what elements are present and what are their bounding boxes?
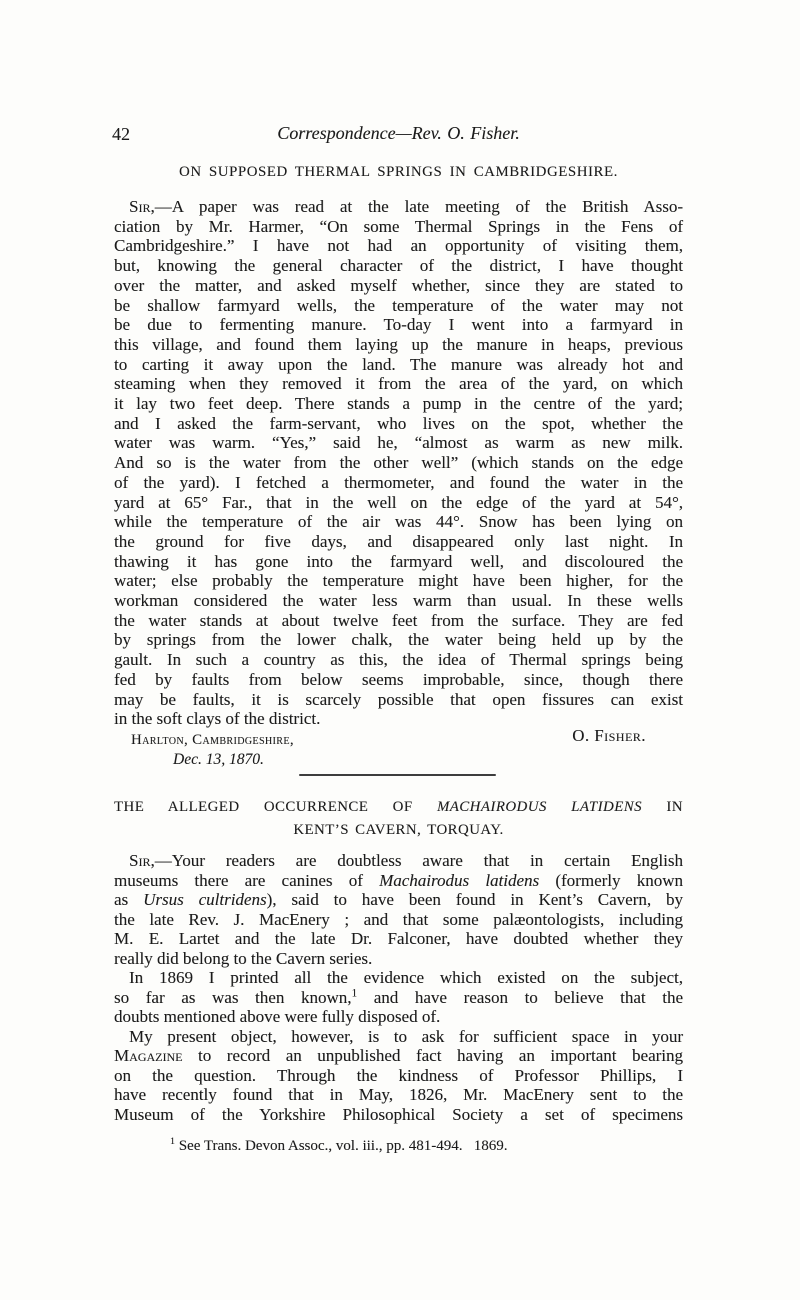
text-line: gault. In such a country as this, the id… [114, 650, 683, 670]
text-segment: MACHAIRODUS LATIDENS [437, 799, 642, 815]
letter1-heading: ON SUPPOSED THERMAL SPRINGS IN CAMBRIDGE… [114, 164, 683, 181]
signature-date: Dec. 13, 1870. [173, 751, 264, 769]
text-line: ciation by Mr. Harmer, “On some Thermal … [114, 217, 683, 237]
text-line: as Ursus cultridens), said to have been … [114, 890, 683, 910]
text-segment: so far as was then known, [114, 988, 351, 1007]
text-line: on the question. Through the kindness of… [114, 1066, 683, 1086]
text-line: the late Rev. J. MacEnery ; and that som… [114, 910, 683, 930]
text-line: M. E. Lartet and the late Dr. Falconer, … [114, 929, 683, 949]
letter2-heading-line2: KENT’S CAVERN, TORQUAY. [114, 819, 683, 842]
text-line: water was warm. “Yes,” said he, “almost … [114, 433, 683, 453]
text-line: yard at 65° Far., that in the well on th… [114, 493, 683, 513]
text-line: fed by faults from below seems improbabl… [114, 670, 683, 690]
text-line: it lay two feet deep. There stands a pum… [114, 394, 683, 414]
text-segment: to record an unpublished fact having an … [182, 1046, 683, 1065]
text-line: Cambridgeshire.” I have not had an oppor… [114, 236, 683, 256]
text-line: And so is the water from the other well”… [114, 453, 683, 473]
text-segment: Sir [129, 197, 150, 216]
text-line: Sir,—A paper was read at the late meetin… [114, 197, 683, 217]
text-segment: and have reason to believe that the [357, 988, 683, 1007]
text-line: while the temperature of the air was 44°… [114, 512, 683, 532]
text-line: Museum of the Yorkshire Philosophical So… [114, 1105, 683, 1125]
text-segment: Magazine [114, 1046, 182, 1065]
text-line: museums there are canines of Machairodus… [114, 871, 683, 891]
text-line: water; else probably the temperature mig… [114, 571, 683, 591]
text-line: but, knowing the general character of th… [114, 256, 683, 276]
scanned-page: 42 Correspondence—Rev. O. Fisher. ON SUP… [0, 0, 800, 1300]
text-segment: Ursus cultridens [143, 890, 267, 909]
letter2-body: Sir,—Your readers are doubtless aware th… [114, 851, 683, 1124]
letter1-body: Sir,—A paper was read at the late meetin… [114, 197, 683, 729]
text-line: really did belong to the Cavern series. [114, 949, 683, 969]
text-line: be due to fermenting manure. To-day I we… [114, 315, 683, 335]
text-line: this village, and found them laying up t… [114, 335, 683, 355]
text-line: and I asked the farm-servant, who lives … [114, 414, 683, 434]
text-segment: as [114, 890, 143, 909]
text-segment: IN [642, 799, 683, 815]
text-segment: museums there are canines of [114, 871, 379, 890]
text-line: In 1869 I printed all the evidence which… [114, 968, 683, 988]
signature-name: O. Fisher. [400, 726, 646, 746]
text-line: the water stands at about twelve feet fr… [114, 611, 683, 631]
footnote: 1 See Trans. Devon Assoc., vol. iii., pp… [170, 1138, 507, 1155]
text-line: by springs from the lower chalk, the wat… [114, 630, 683, 650]
text-line: doubts mentioned above were fully dispos… [114, 1007, 683, 1027]
text-line: have recently found that in May, 1826, M… [114, 1085, 683, 1105]
text-line: so far as was then known,1 and have reas… [114, 988, 683, 1008]
text-line: the ground for five days, and disappeare… [114, 532, 683, 552]
section-divider-rule [299, 774, 496, 776]
text-line: Magazine to record an unpublished fact h… [114, 1046, 683, 1066]
text-line: of the yard). I fetched a thermometer, a… [114, 473, 683, 493]
text-segment: Machairodus latidens [379, 871, 539, 890]
text-line: steaming when they removed it from the a… [114, 374, 683, 394]
text-segment: THE ALLEGED OCCURRENCE OF [114, 799, 437, 815]
text-segment: ,—A paper was read at the late meeting o… [150, 197, 683, 216]
signature-place: Harlton, Cambridgeshire, [131, 732, 294, 749]
text-line: be shallow farmyard wells, the temperatu… [114, 296, 683, 316]
letter2-heading: THE ALLEGED OCCURRENCE OF MACHAIRODUS LA… [114, 796, 683, 842]
text-line: over the matter, and asked myself whethe… [114, 276, 683, 296]
text-line: Sir,—Your readers are doubtless aware th… [114, 851, 683, 871]
text-segment: ), said to have been found in Kent’s Cav… [267, 890, 683, 909]
text-segment: ,—Your readers are doubtless aware that … [150, 851, 683, 870]
text-segment: See Trans. Devon Assoc., vol. iii., pp. … [175, 1138, 508, 1154]
text-segment: (formerly known [539, 871, 683, 890]
text-line: may be faults, it is scarcely possible t… [114, 690, 683, 710]
text-line: to carting it away upon the land. The ma… [114, 355, 683, 375]
running-head: Correspondence—Rev. O. Fisher. [114, 123, 683, 144]
text-line: My present object, however, is to ask fo… [114, 1027, 683, 1047]
text-segment: Sir [129, 851, 150, 870]
letter2-heading-line1: THE ALLEGED OCCURRENCE OF MACHAIRODUS LA… [114, 796, 683, 819]
text-line: thawing it has gone into the farmyard we… [114, 552, 683, 572]
text-line: workman considered the water less warm t… [114, 591, 683, 611]
